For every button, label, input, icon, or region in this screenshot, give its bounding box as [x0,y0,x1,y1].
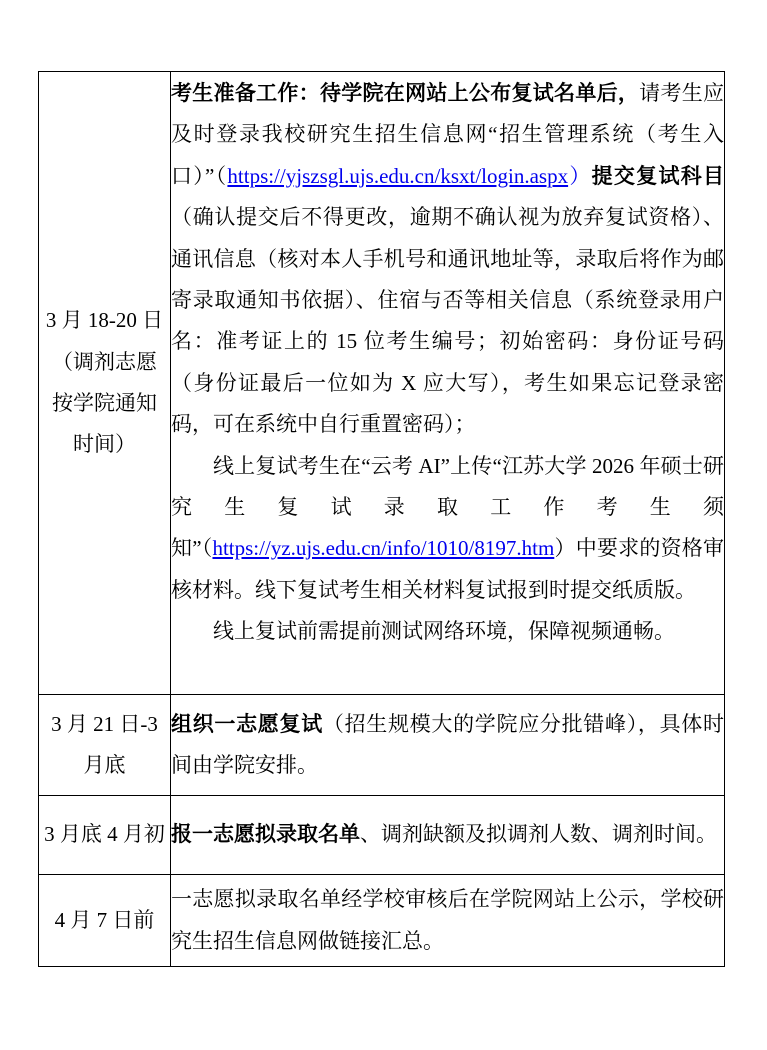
text-segment: （确认提交后不得更改，逾期不确认视为放弃复试资格）、通讯信息（核对本人手机号和通… [171,205,724,436]
table-row: 3 月底 4 月初 报一志愿拟录取名单、调剂缺额及拟调剂人数、调剂时间。 [39,796,725,875]
link-paren: ） [568,164,592,188]
text-segment: 线上复试前需提前测试网络环境，保障视频通畅。 [213,619,675,643]
date-line: 3 月底 4 月初 [39,814,170,855]
text-segment: 一志愿拟录取名单经学校审核后在学院网站上公示，学校研究生招生信息网做链接汇总。 [171,887,724,952]
date-line: 4 月 7 日前 [39,900,170,941]
table-row: 3 月 18-20 日（调剂志愿按学院通知时间） 考生准备工作：待学院在网站上公… [39,72,725,695]
date-cell: 4 月 7 日前 [39,875,171,967]
paragraph: 线上复试前需提前测试网络环境，保障视频通畅。 [171,611,724,652]
hyperlink[interactable]: https://yz.ujs.edu.cn/info/1010/8197.htm [212,536,554,560]
bold-text-segment: 考生准备工作：待学院在网站上公布复试名单后， [171,81,639,105]
document-page: { "colors": { "page_background": "#fffff… [0,0,767,1050]
date-line: 3 月 21 日-3 [39,704,170,745]
date-cell: 3 月 18-20 日（调剂志愿按学院通知时间） [39,72,171,695]
date-line: 按学院通知 [39,383,170,424]
date-line: 时间） [39,424,170,465]
table-row: 3 月 21 日-3月底 组织一志愿复试（招生规模大的学院应分批错峰），具体时间… [39,695,725,796]
paragraph: 线上复试考生在“云考 AI”上传“江苏大学 2026 年硕士研究生复试录取工作考… [171,446,724,612]
bold-text-segment: 组织一志愿复试 [171,712,323,736]
content-cell: 考生准备工作：待学院在网站上公布复试名单后，请考生应及时登录我校研究生招生信息网… [171,72,725,695]
schedule-table: 3 月 18-20 日（调剂志愿按学院通知时间） 考生准备工作：待学院在网站上公… [38,71,725,967]
date-line: 3 月 18-20 日 [39,300,170,341]
paragraph: 报一志愿拟录取名单、调剂缺额及拟调剂人数、调剂时间。 [171,814,724,855]
bold-text-segment: 报一志愿拟录取名单 [171,822,360,846]
date-line: （调剂志愿 [39,342,170,383]
content-cell: 一志愿拟录取名单经学校审核后在学院网站上公示，学校研究生招生信息网做链接汇总。 [171,875,725,967]
date-line: 月底 [39,745,170,786]
hyperlink[interactable]: https://yjszsgl.ujs.edu.cn/ksxt/login.as… [227,164,568,188]
paragraph: 考生准备工作：待学院在网站上公布复试名单后，请考生应及时登录我校研究生招生信息网… [171,73,724,446]
table-row: 4 月 7 日前 一志愿拟录取名单经学校审核后在学院网站上公示，学校研究生招生信… [39,875,725,967]
bold-text-segment: 提交复试科目 [592,164,724,188]
date-cell: 3 月 21 日-3月底 [39,695,171,796]
content-cell: 报一志愿拟录取名单、调剂缺额及拟调剂人数、调剂时间。 [171,796,725,875]
date-cell: 3 月底 4 月初 [39,796,171,875]
text-segment: 、调剂缺额及拟调剂人数、调剂时间。 [360,822,717,846]
paragraph: 组织一志愿复试（招生规模大的学院应分批错峰），具体时间由学院安排。 [171,704,724,787]
paragraph: 一志愿拟录取名单经学校审核后在学院网站上公示，学校研究生招生信息网做链接汇总。 [171,879,724,962]
content-cell: 组织一志愿复试（招生规模大的学院应分批错峰），具体时间由学院安排。 [171,695,725,796]
